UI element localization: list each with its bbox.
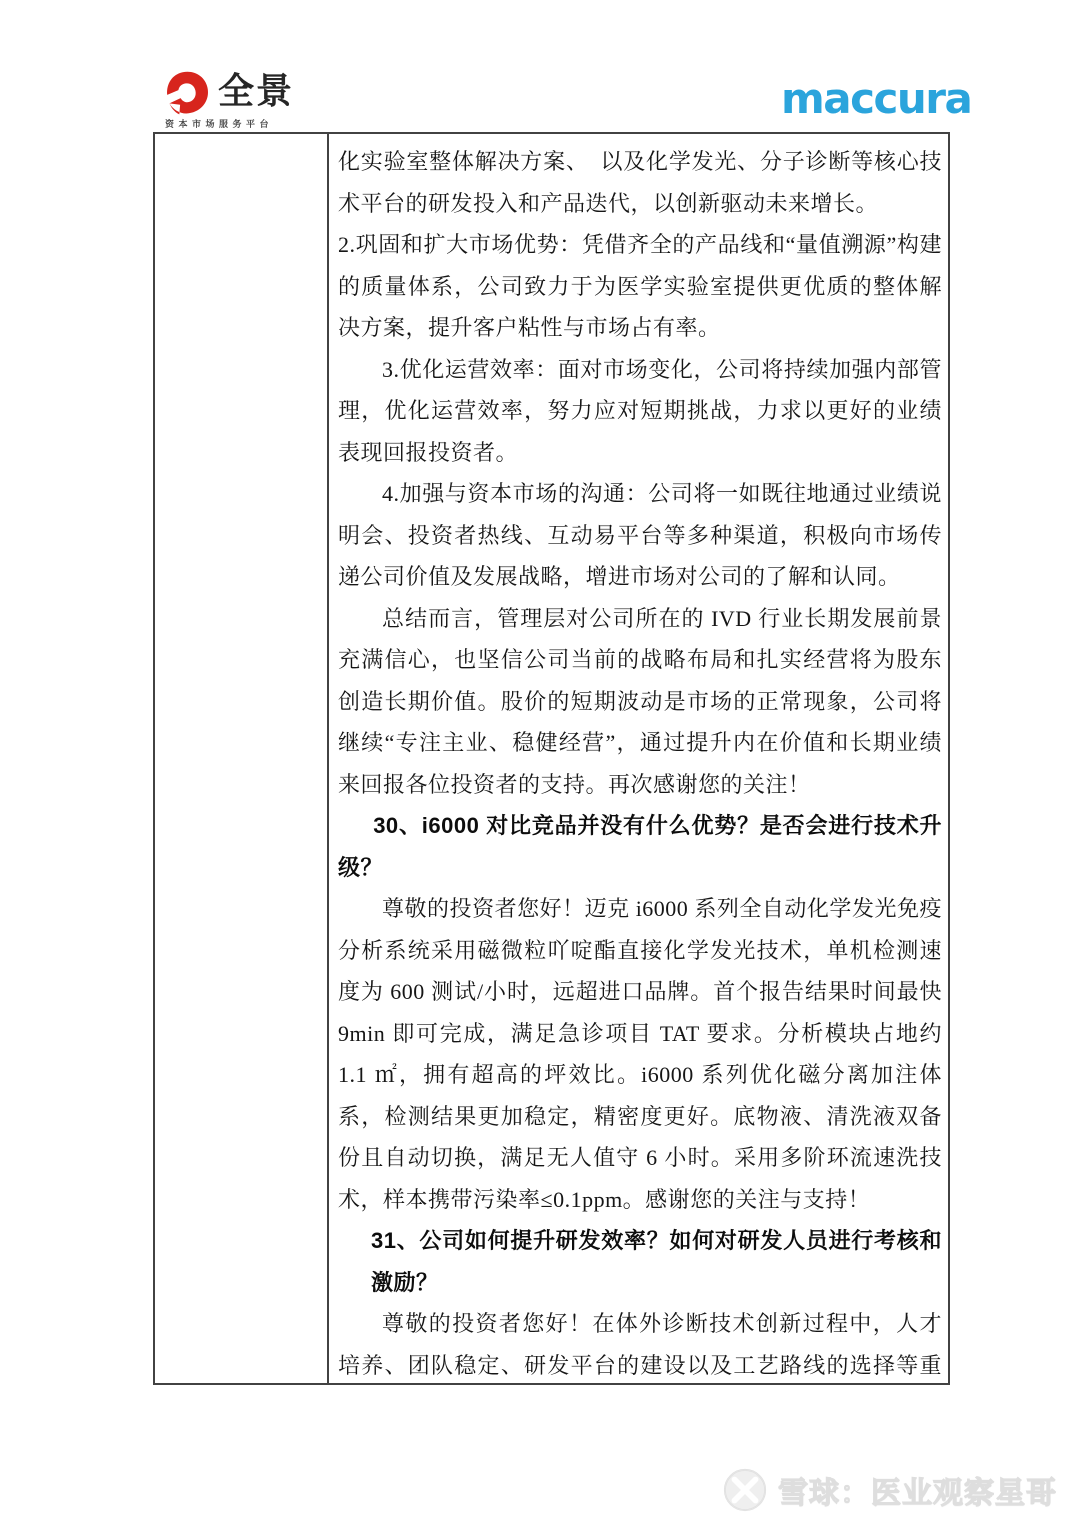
document-page: { "page": { "width": 1080, "height": 152…	[0, 0, 1080, 1527]
answer-paragraph: 4.加强与资本市场的沟通：公司将一如既往地通过业绩说明会、投资者热线、互动易平台…	[338, 473, 942, 598]
quanjing-tagline: 资本市场服务平台	[165, 117, 273, 130]
answer-paragraph: 化实验室整体解决方案、 以及化学发光、分子诊断等核心技术平台的研发投入和产品迭代…	[338, 141, 942, 224]
maccura-logo: maccura	[781, 78, 961, 120]
quanjing-logo-icon	[164, 70, 210, 116]
answer-paragraph: 2.巩固和扩大市场优势：凭借齐全的产品线和“量值溯源”构建的质量体系，公司致力于…	[338, 224, 942, 349]
quanjing-brand-text: 全景	[218, 71, 294, 111]
qa-right-cell: 化实验室整体解决方案、 以及化学发光、分子诊断等核心技术平台的研发投入和产品迭代…	[329, 134, 948, 1383]
xueqiu-logo-icon	[722, 1467, 768, 1513]
answer-paragraph: 3.优化运营效率：面对市场变化，公司将持续加强内部管理，优化运营效率，努力应对短…	[338, 349, 942, 474]
question-heading: 30、i6000 对比竞品并没有什么优势？是否会进行技术升级？	[338, 805, 942, 888]
quanjing-logo: 全景 资本市场服务平台	[162, 68, 382, 130]
qa-table: 化实验室整体解决方案、 以及化学发光、分子诊断等核心技术平台的研发投入和产品迭代…	[153, 132, 950, 1385]
watermark-text: 雪球：医业观察星哥	[778, 1468, 1057, 1512]
xueqiu-watermark: 雪球：医业观察星哥	[722, 1464, 1057, 1516]
answer-paragraph: 尊敬的投资者您好！在体外诊断技术创新过程中，人才培养、团队稳定、研发平台的建设以…	[338, 1303, 942, 1383]
question-heading: 31、公司如何提升研发效率？如何对研发人员进行考核和激励？	[371, 1220, 942, 1303]
answer-paragraph: 尊敬的投资者您好！迈克 i6000 系列全自动化学发光免疫分析系统采用磁微粒吖啶…	[338, 888, 942, 1220]
answer-paragraph: 总结而言，管理层对公司所在的 IVD 行业长期发展前景充满信心，也坚信公司当前的…	[338, 598, 942, 806]
qa-table-left-cell	[155, 134, 329, 1383]
